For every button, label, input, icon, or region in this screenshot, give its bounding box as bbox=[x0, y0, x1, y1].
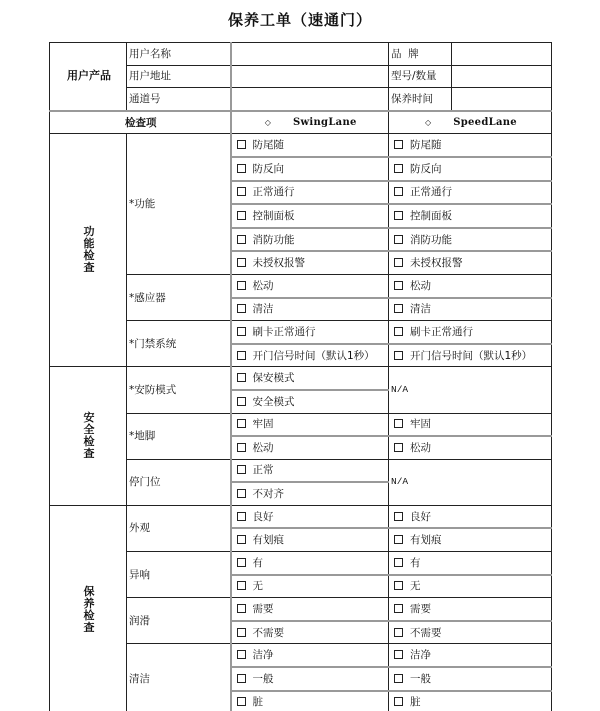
checkbox-icon[interactable] bbox=[394, 281, 403, 290]
swinglane-option-stop-1[interactable]: 不对齐 bbox=[231, 482, 389, 505]
option-label: 正常 bbox=[253, 464, 274, 476]
diamond-bullet-icon: ◇ bbox=[265, 118, 271, 127]
maintenance-work-order-table: 用户产品 用户名称 品 牌 用户地址 型号/数量 通道号 保养时间 检查项 ◇S… bbox=[49, 42, 552, 711]
option-label: 不需要 bbox=[253, 627, 285, 639]
option-label: 正常通行 bbox=[410, 186, 452, 198]
option-label: 需要 bbox=[410, 603, 431, 615]
option-label: 消防功能 bbox=[410, 234, 452, 246]
speedlane-option-anchor-0[interactable]: 牢固 bbox=[389, 413, 552, 436]
option-label: 脏 bbox=[410, 696, 421, 708]
speedlane-option-access-0[interactable]: 刷卡正常通行 bbox=[389, 321, 552, 344]
option-label: 洁净 bbox=[410, 649, 431, 661]
option-label: 未授权报警 bbox=[253, 257, 306, 269]
option-label: 控制面板 bbox=[253, 210, 295, 222]
swinglane-option-appearance-0[interactable]: 良好 bbox=[231, 505, 389, 528]
speedlane-option-func-0[interactable]: 防尾随 bbox=[389, 134, 552, 157]
checkbox-icon[interactable] bbox=[237, 304, 246, 313]
option-label: 不需要 bbox=[410, 627, 442, 639]
option-label: 良好 bbox=[253, 511, 274, 523]
option-label: 牢固 bbox=[253, 418, 274, 430]
speedlane-option-noise-0[interactable]: 有 bbox=[389, 552, 552, 575]
swinglane-option-lube-1[interactable]: 不需要 bbox=[231, 621, 389, 644]
option-label: 脏 bbox=[253, 696, 264, 708]
option-label: 防反向 bbox=[410, 163, 442, 175]
checkbox-icon[interactable] bbox=[394, 140, 403, 149]
swinglane-option-appearance-1[interactable]: 有划痕 bbox=[231, 528, 389, 551]
group-label-lube: 润滑 bbox=[127, 598, 231, 644]
speedlane-not-applicable-stop: N/A bbox=[389, 459, 552, 505]
checkbox-icon[interactable] bbox=[394, 674, 403, 683]
option-label: 正常通行 bbox=[253, 186, 295, 198]
field-label-lane-number: 通道号 bbox=[127, 88, 231, 111]
checkbox-icon[interactable] bbox=[237, 327, 246, 336]
checkbox-icon[interactable] bbox=[394, 535, 403, 544]
speedlane-option-appearance-1[interactable]: 有划痕 bbox=[389, 528, 552, 551]
group-label-anchor: *地脚 bbox=[127, 413, 231, 459]
option-label: 控制面板 bbox=[410, 210, 452, 222]
swinglane-option-func-3[interactable]: 控制面板 bbox=[231, 204, 389, 228]
checkbox-icon[interactable] bbox=[237, 650, 246, 659]
option-label: 一般 bbox=[410, 673, 431, 685]
checkbox-icon[interactable] bbox=[394, 443, 403, 452]
speedlane-not-applicable-mode: N/A bbox=[389, 367, 552, 413]
checkbox-icon[interactable] bbox=[237, 465, 246, 474]
speedlane-option-func-3[interactable]: 控制面板 bbox=[389, 204, 552, 228]
checkbox-icon[interactable] bbox=[237, 419, 246, 428]
check-row: 功 能 检 查*功能防尾随防尾随 bbox=[50, 134, 552, 157]
checkbox-icon[interactable] bbox=[394, 604, 403, 613]
option-label: 无 bbox=[410, 580, 421, 592]
checkbox-icon[interactable] bbox=[237, 604, 246, 613]
brand-field[interactable] bbox=[452, 43, 552, 66]
speedlane-option-func-1[interactable]: 防反向 bbox=[389, 157, 552, 181]
field-label-model-quantity: 型号/数量 bbox=[389, 65, 452, 88]
checkbox-icon[interactable] bbox=[394, 558, 403, 567]
speedlane-option-lube-0[interactable]: 需要 bbox=[389, 598, 552, 621]
checkbox-icon[interactable] bbox=[237, 187, 246, 196]
swinglane-option-anchor-0[interactable]: 牢固 bbox=[231, 413, 389, 436]
page-title: 保养工单（速通门） bbox=[0, 9, 600, 30]
group-label-appearance: 外观 bbox=[127, 505, 231, 551]
option-label: 无 bbox=[253, 580, 264, 592]
swinglane-option-func-0[interactable]: 防尾随 bbox=[231, 134, 389, 157]
speedlane-option-anchor-1[interactable]: 松动 bbox=[389, 436, 552, 459]
field-label-user-name: 用户名称 bbox=[127, 43, 231, 66]
option-label: 未授权报警 bbox=[410, 257, 463, 269]
section-label-maintenance-check: 保 养 检 查 bbox=[50, 505, 127, 711]
option-label: 牢固 bbox=[410, 418, 431, 430]
checkbox-icon[interactable] bbox=[237, 351, 246, 360]
user-name-field[interactable] bbox=[231, 43, 389, 66]
swinglane-option-anchor-1[interactable]: 松动 bbox=[231, 436, 389, 459]
column-header-swinglane: ◇SwingLane bbox=[231, 111, 389, 134]
checkbox-icon[interactable] bbox=[237, 535, 246, 544]
group-label-func: *功能 bbox=[127, 134, 231, 275]
checkbox-icon[interactable] bbox=[394, 697, 403, 706]
column-header-row: 检查项 ◇SwingLane ◇SpeedLane bbox=[50, 111, 552, 134]
swinglane-option-func-2[interactable]: 正常通行 bbox=[231, 181, 389, 205]
field-label-brand: 品 牌 bbox=[389, 43, 452, 66]
checkbox-icon[interactable] bbox=[394, 628, 403, 637]
checkbox-icon[interactable] bbox=[237, 235, 246, 244]
checkbox-icon[interactable] bbox=[237, 164, 246, 173]
speedlane-option-sensor-0[interactable]: 松动 bbox=[389, 274, 552, 297]
option-label: 有划痕 bbox=[410, 534, 442, 546]
speedlane-option-access-1[interactable]: 开门信号时间（默认1秒） bbox=[389, 344, 552, 367]
model-quantity-field[interactable] bbox=[452, 65, 552, 88]
option-label: 有 bbox=[410, 557, 421, 569]
swinglane-option-stop-0[interactable]: 正常 bbox=[231, 459, 389, 482]
option-label: 有划痕 bbox=[253, 534, 285, 546]
option-label: 松动 bbox=[410, 442, 431, 454]
swinglane-option-clean-0[interactable]: 洁净 bbox=[231, 644, 389, 667]
option-label: 防反向 bbox=[253, 163, 285, 175]
checkbox-icon[interactable] bbox=[237, 443, 246, 452]
check-row: 安 全 检 查*安防模式保安模式N/A bbox=[50, 367, 552, 390]
swinglane-option-mode-1[interactable]: 安全模式 bbox=[231, 390, 389, 413]
group-label-access: *门禁系统 bbox=[127, 321, 231, 367]
swinglane-option-access-1[interactable]: 开门信号时间（默认1秒） bbox=[231, 344, 389, 367]
field-label-maintenance-time: 保养时间 bbox=[389, 88, 452, 111]
option-label: 需要 bbox=[253, 603, 274, 615]
field-label-user-address: 用户地址 bbox=[127, 65, 231, 88]
group-label-noise: 异响 bbox=[127, 552, 231, 598]
option-label: 一般 bbox=[253, 673, 274, 685]
group-label-mode: *安防模式 bbox=[127, 367, 231, 413]
option-label: 消防功能 bbox=[253, 234, 295, 246]
option-label: 开门信号时间（默认1秒） bbox=[410, 350, 532, 362]
option-label: 刷卡正常通行 bbox=[253, 326, 316, 338]
swinglane-option-lube-0[interactable]: 需要 bbox=[231, 598, 389, 621]
checkbox-icon[interactable] bbox=[394, 187, 403, 196]
checkbox-icon[interactable] bbox=[394, 650, 403, 659]
checkbox-icon[interactable] bbox=[237, 281, 246, 290]
check-row: 保 养 检 查外观良好良好 bbox=[50, 505, 552, 528]
checkbox-icon[interactable] bbox=[237, 397, 246, 406]
swinglane-option-access-0[interactable]: 刷卡正常通行 bbox=[231, 321, 389, 344]
option-label: 安全模式 bbox=[253, 396, 295, 408]
swinglane-option-noise-0[interactable]: 有 bbox=[231, 552, 389, 575]
speedlane-option-lube-1[interactable]: 不需要 bbox=[389, 621, 552, 644]
checkbox-icon[interactable] bbox=[394, 211, 403, 220]
checkbox-icon[interactable] bbox=[394, 235, 403, 244]
option-label: 清洁 bbox=[253, 303, 274, 315]
swinglane-option-func-1[interactable]: 防反向 bbox=[231, 157, 389, 181]
option-label: 不对齐 bbox=[253, 488, 285, 500]
speedlane-option-func-5[interactable]: 未授权报警 bbox=[389, 251, 552, 274]
checkbox-icon[interactable] bbox=[394, 304, 403, 313]
group-label-clean: 清洁 bbox=[127, 644, 231, 711]
checkbox-icon[interactable] bbox=[237, 581, 246, 590]
swinglane-option-mode-0[interactable]: 保安模式 bbox=[231, 367, 389, 390]
speedlane-option-clean-0[interactable]: 洁净 bbox=[389, 644, 552, 667]
speedlane-option-clean-1[interactable]: 一般 bbox=[389, 667, 552, 691]
checkbox-icon[interactable] bbox=[394, 327, 403, 336]
diamond-bullet-icon: ◇ bbox=[425, 118, 431, 127]
checkbox-icon[interactable] bbox=[237, 489, 246, 498]
speedlane-option-func-2[interactable]: 正常通行 bbox=[389, 181, 552, 205]
speedlane-label: SpeedLane bbox=[453, 117, 517, 128]
option-label: 清洁 bbox=[410, 303, 431, 315]
group-label-stop: 停门位 bbox=[127, 459, 231, 505]
user-address-field[interactable] bbox=[231, 65, 389, 88]
option-label: 松动 bbox=[410, 280, 431, 292]
checkbox-icon[interactable] bbox=[237, 373, 246, 382]
option-label: 良好 bbox=[410, 511, 431, 523]
checkbox-icon[interactable] bbox=[237, 628, 246, 637]
option-label: 防尾随 bbox=[253, 139, 285, 151]
section-label-user-product: 用户产品 bbox=[50, 43, 127, 111]
checkbox-icon[interactable] bbox=[237, 512, 246, 521]
option-label: 开门信号时间（默认1秒） bbox=[253, 350, 375, 362]
option-label: 防尾随 bbox=[410, 139, 442, 151]
checkbox-icon[interactable] bbox=[394, 351, 403, 360]
checkbox-icon[interactable] bbox=[237, 140, 246, 149]
speedlane-option-func-4[interactable]: 消防功能 bbox=[389, 228, 552, 252]
checkbox-icon[interactable] bbox=[237, 697, 246, 706]
speedlane-option-noise-1[interactable]: 无 bbox=[389, 575, 552, 598]
column-header-speedlane: ◇SpeedLane bbox=[389, 111, 552, 134]
checkbox-icon[interactable] bbox=[237, 258, 246, 267]
checkbox-icon[interactable] bbox=[394, 164, 403, 173]
option-label: 有 bbox=[253, 557, 264, 569]
checkbox-icon[interactable] bbox=[237, 211, 246, 220]
swinglane-option-sensor-0[interactable]: 松动 bbox=[231, 274, 389, 297]
swinglane-option-sensor-1[interactable]: 清洁 bbox=[231, 298, 389, 321]
speedlane-option-sensor-1[interactable]: 清洁 bbox=[389, 298, 552, 321]
speedlane-option-appearance-0[interactable]: 良好 bbox=[389, 505, 552, 528]
swinglane-option-func-4[interactable]: 消防功能 bbox=[231, 228, 389, 252]
section-label-safety-check: 安 全 检 查 bbox=[50, 367, 127, 506]
lane-number-field[interactable] bbox=[231, 88, 389, 111]
swinglane-option-noise-1[interactable]: 无 bbox=[231, 575, 389, 598]
checkbox-icon[interactable] bbox=[237, 558, 246, 567]
checkbox-icon[interactable] bbox=[394, 419, 403, 428]
header-row-user-name: 用户产品 用户名称 品 牌 bbox=[50, 43, 552, 66]
swinglane-option-func-5[interactable]: 未授权报警 bbox=[231, 251, 389, 274]
checkbox-icon[interactable] bbox=[394, 258, 403, 267]
checkbox-icon[interactable] bbox=[237, 674, 246, 683]
swinglane-option-clean-1[interactable]: 一般 bbox=[231, 667, 389, 691]
option-label: 刷卡正常通行 bbox=[410, 326, 473, 338]
option-label: 保安模式 bbox=[253, 372, 295, 384]
swinglane-option-clean-2[interactable]: 脏 bbox=[231, 691, 389, 711]
maintenance-time-field[interactable] bbox=[452, 88, 552, 111]
checkbox-icon[interactable] bbox=[394, 512, 403, 521]
option-label: 松动 bbox=[253, 280, 274, 292]
option-label: 松动 bbox=[253, 442, 274, 454]
group-label-sensor: *感应器 bbox=[127, 274, 231, 320]
speedlane-option-clean-2[interactable]: 脏 bbox=[389, 691, 552, 711]
column-header-check-item: 检查项 bbox=[50, 111, 231, 134]
section-label-function-check: 功 能 检 查 bbox=[50, 134, 127, 367]
option-label: 洁净 bbox=[253, 649, 274, 661]
checkbox-icon[interactable] bbox=[394, 581, 403, 590]
swinglane-label: SwingLane bbox=[293, 117, 357, 128]
